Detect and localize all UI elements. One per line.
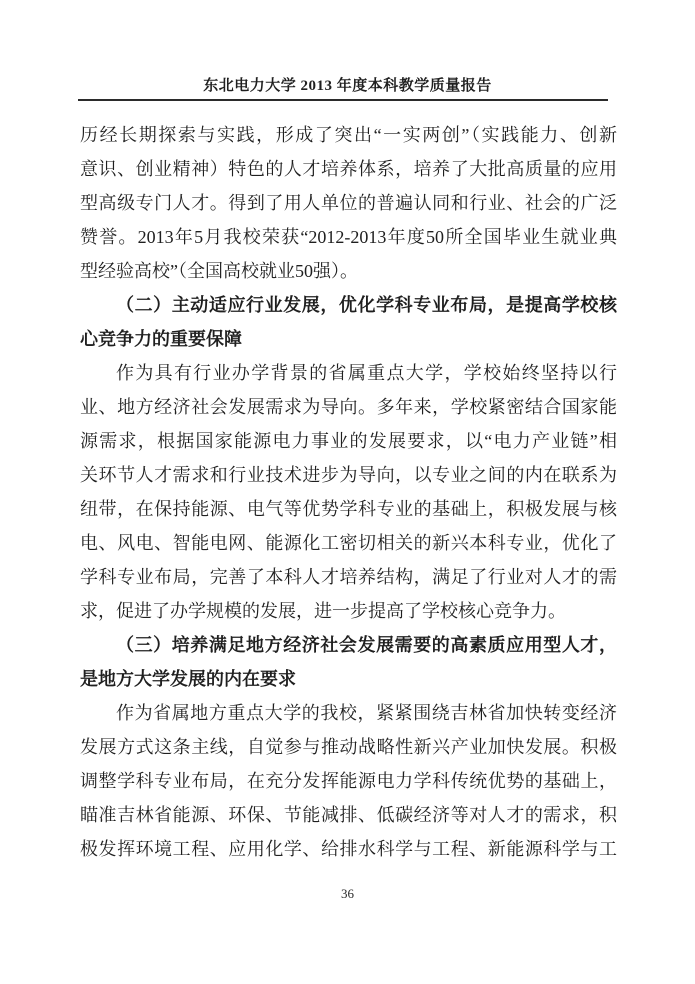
- page-number: 36: [341, 886, 354, 901]
- text-line: 业、地方经济社会发展需求为导向。多年来，学校紧密结合国家能: [80, 390, 617, 424]
- text-line: 求，促进了办学规模的发展，进一步提高了学校核心竞争力。: [80, 594, 617, 628]
- paragraph: 作为具有行业办学背景的省属重点大学，学校始终坚持以行 业、地方经济社会发展需求为…: [80, 356, 617, 628]
- paragraph: 历经长期探索与实践，形成了突出“一实两创”（实践能力、创新 意识、创业精神）特色…: [80, 118, 617, 288]
- text-line: 源需求，根据国家能源电力事业的发展要求，以“电力产业链”相: [80, 424, 617, 458]
- text-line: 意识、创业精神）特色的人才培养体系，培养了大批高质量的应用: [80, 152, 617, 186]
- text-line: 作为具有行业办学背景的省属重点大学，学校始终坚持以行: [80, 356, 617, 390]
- paragraph: 作为省属地方重点大学的我校，紧紧围绕吉林省加快转变经济 发展方式这条主线，自觉参…: [80, 696, 617, 866]
- text-line: 瞄准吉林省能源、环保、节能减排、低碳经济等对人才的需求，积: [80, 798, 617, 832]
- document-page: 东北电力大学 2013 年度本科教学质量报告 历经长期探索与实践，形成了突出“一…: [0, 0, 695, 984]
- heading-line: （三）培养满足地方经济社会发展需要的高素质应用型人才，: [80, 628, 617, 662]
- section-heading: （三）培养满足地方经济社会发展需要的高素质应用型人才， 是地方大学发展的内在要求: [80, 628, 617, 696]
- text-line: 型高级专门人才。得到了用人单位的普遍认同和行业、社会的广泛: [80, 186, 617, 220]
- text-line: 发展方式这条主线，自觉参与推动战略性新兴产业加快发展。积极: [80, 730, 617, 764]
- text-line: 电、风电、智能电网、能源化工密切相关的新兴本科专业，优化了: [80, 526, 617, 560]
- text-line: 型经验高校”（全国高校就业50强）。: [80, 254, 617, 288]
- text-line: 赞誉。2013年5月我校荣获“2012-2013年度50所全国毕业生就业典: [80, 220, 617, 254]
- text-line: 极发挥环境工程、应用化学、给排水科学与工程、新能源科学与工: [80, 832, 617, 866]
- text-line: 关环节人才需求和行业技术进步为导向，以专业之间的内在联系为: [80, 458, 617, 492]
- text-line: 学科专业布局，完善了本科人才培养结构，满足了行业对人才的需: [80, 560, 617, 594]
- text-line: 调整学科专业布局，在充分发挥能源电力学科传统优势的基础上，: [80, 764, 617, 798]
- heading-line: 心竞争力的重要保障: [80, 322, 617, 356]
- heading-line: 是地方大学发展的内在要求: [80, 662, 617, 696]
- text-line: 纽带，在保持能源、电气等优势学科专业的基础上，积极发展与核: [80, 492, 617, 526]
- document-body: 历经长期探索与实践，形成了突出“一实两创”（实践能力、创新 意识、创业精神）特色…: [80, 118, 617, 866]
- heading-line: （二）主动适应行业发展，优化学科专业布局，是提高学校核: [80, 288, 617, 322]
- page-header-title: 东北电力大学 2013 年度本科教学质量报告: [0, 74, 695, 95]
- text-line: 作为省属地方重点大学的我校，紧紧围绕吉林省加快转变经济: [80, 696, 617, 730]
- text-line: 历经长期探索与实践，形成了突出“一实两创”（实践能力、创新: [80, 118, 617, 152]
- page-footer: 36: [0, 886, 695, 902]
- section-heading: （二）主动适应行业发展，优化学科专业布局，是提高学校核 心竞争力的重要保障: [80, 288, 617, 356]
- header-rule: [78, 99, 608, 101]
